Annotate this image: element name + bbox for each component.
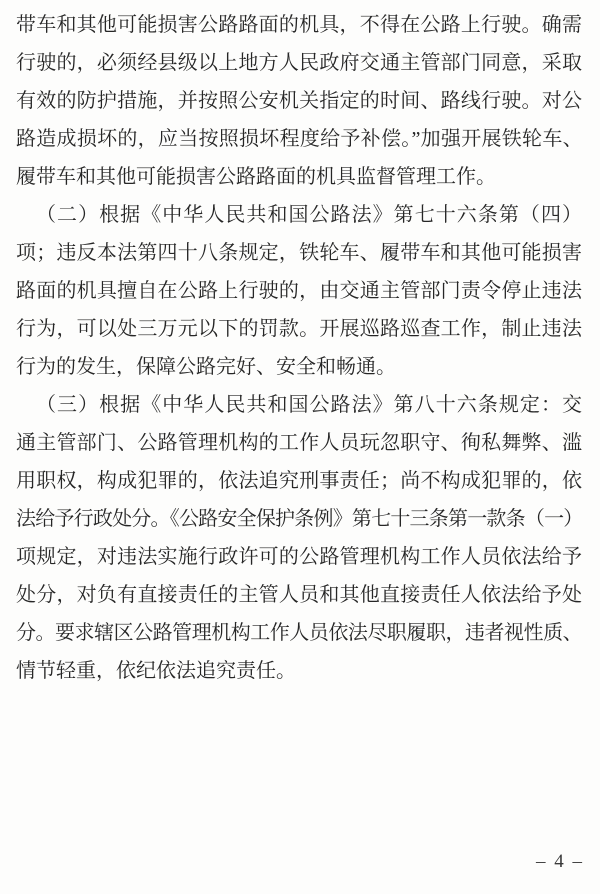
text-line: 履带车和其他可能损害公路路面的机具监督管理工作。 [16,158,582,196]
text-line: 行驶的，必须经县级以上地方人民政府交通主管部门同意，采取 [16,44,582,82]
text-line: 带车和其他可能损害公路路面的机具，不得在公路上行驶。确需 [16,6,582,44]
text-line: 处分，对负有直接责任的主管人员和其他直接责任人依法给予处 [16,576,582,614]
page-number: – 4 – [536,849,584,875]
text-line: 项规定，对违法实施行政许可的公路管理机构工作人员依法给予 [16,538,582,576]
text-line: 行为，可以处三万元以下的罚款。开展巡路巡查工作，制止违法 [16,310,582,348]
text-line: 行为的发生，保障公路完好、安全和畅通。 [16,348,582,386]
text-line: （三）根据《中华人民共和国公路法》第八十六条规定：交 [16,386,582,424]
text-line: 有效的防护措施，并按照公安机关指定的时间、路线行驶。对公 [16,82,582,120]
text-line: （二）根据《中华人民共和国公路法》第七十六条第（四） [16,196,582,234]
text-line: 通主管部门、公路管理机构的工作人员玩忽职守、徇私舞弊、滥 [16,424,582,462]
text-line: 项；违反本法第四十八条规定，铁轮车、履带车和其他可能损害 [16,234,582,272]
text-line: 分。要求辖区公路管理机构工作人员依法尽职履职，违者视性质、 [16,614,582,652]
text-line: 情节轻重，依纪依法追究责任。 [16,652,582,690]
text-line: 用职权，构成犯罪的，依法追究刑事责任；尚不构成犯罪的，依 [16,462,582,500]
text-line: 路面的机具擅自在公路上行驶的，由交通主管部门责令停止违法 [16,272,582,310]
text-line: 路造成损坏的，应当按照损坏程度给予补偿。”加强开展铁轮车、 [16,120,582,158]
text-line: 法给予行政处分。《公路安全保护条例》第七十三条第一款条（一） [16,500,582,538]
document-body: 带车和其他可能损害公路路面的机具，不得在公路上行驶。确需 行驶的，必须经县级以上… [16,6,582,690]
document-page: 带车和其他可能损害公路路面的机具，不得在公路上行驶。确需 行驶的，必须经县级以上… [0,0,600,894]
